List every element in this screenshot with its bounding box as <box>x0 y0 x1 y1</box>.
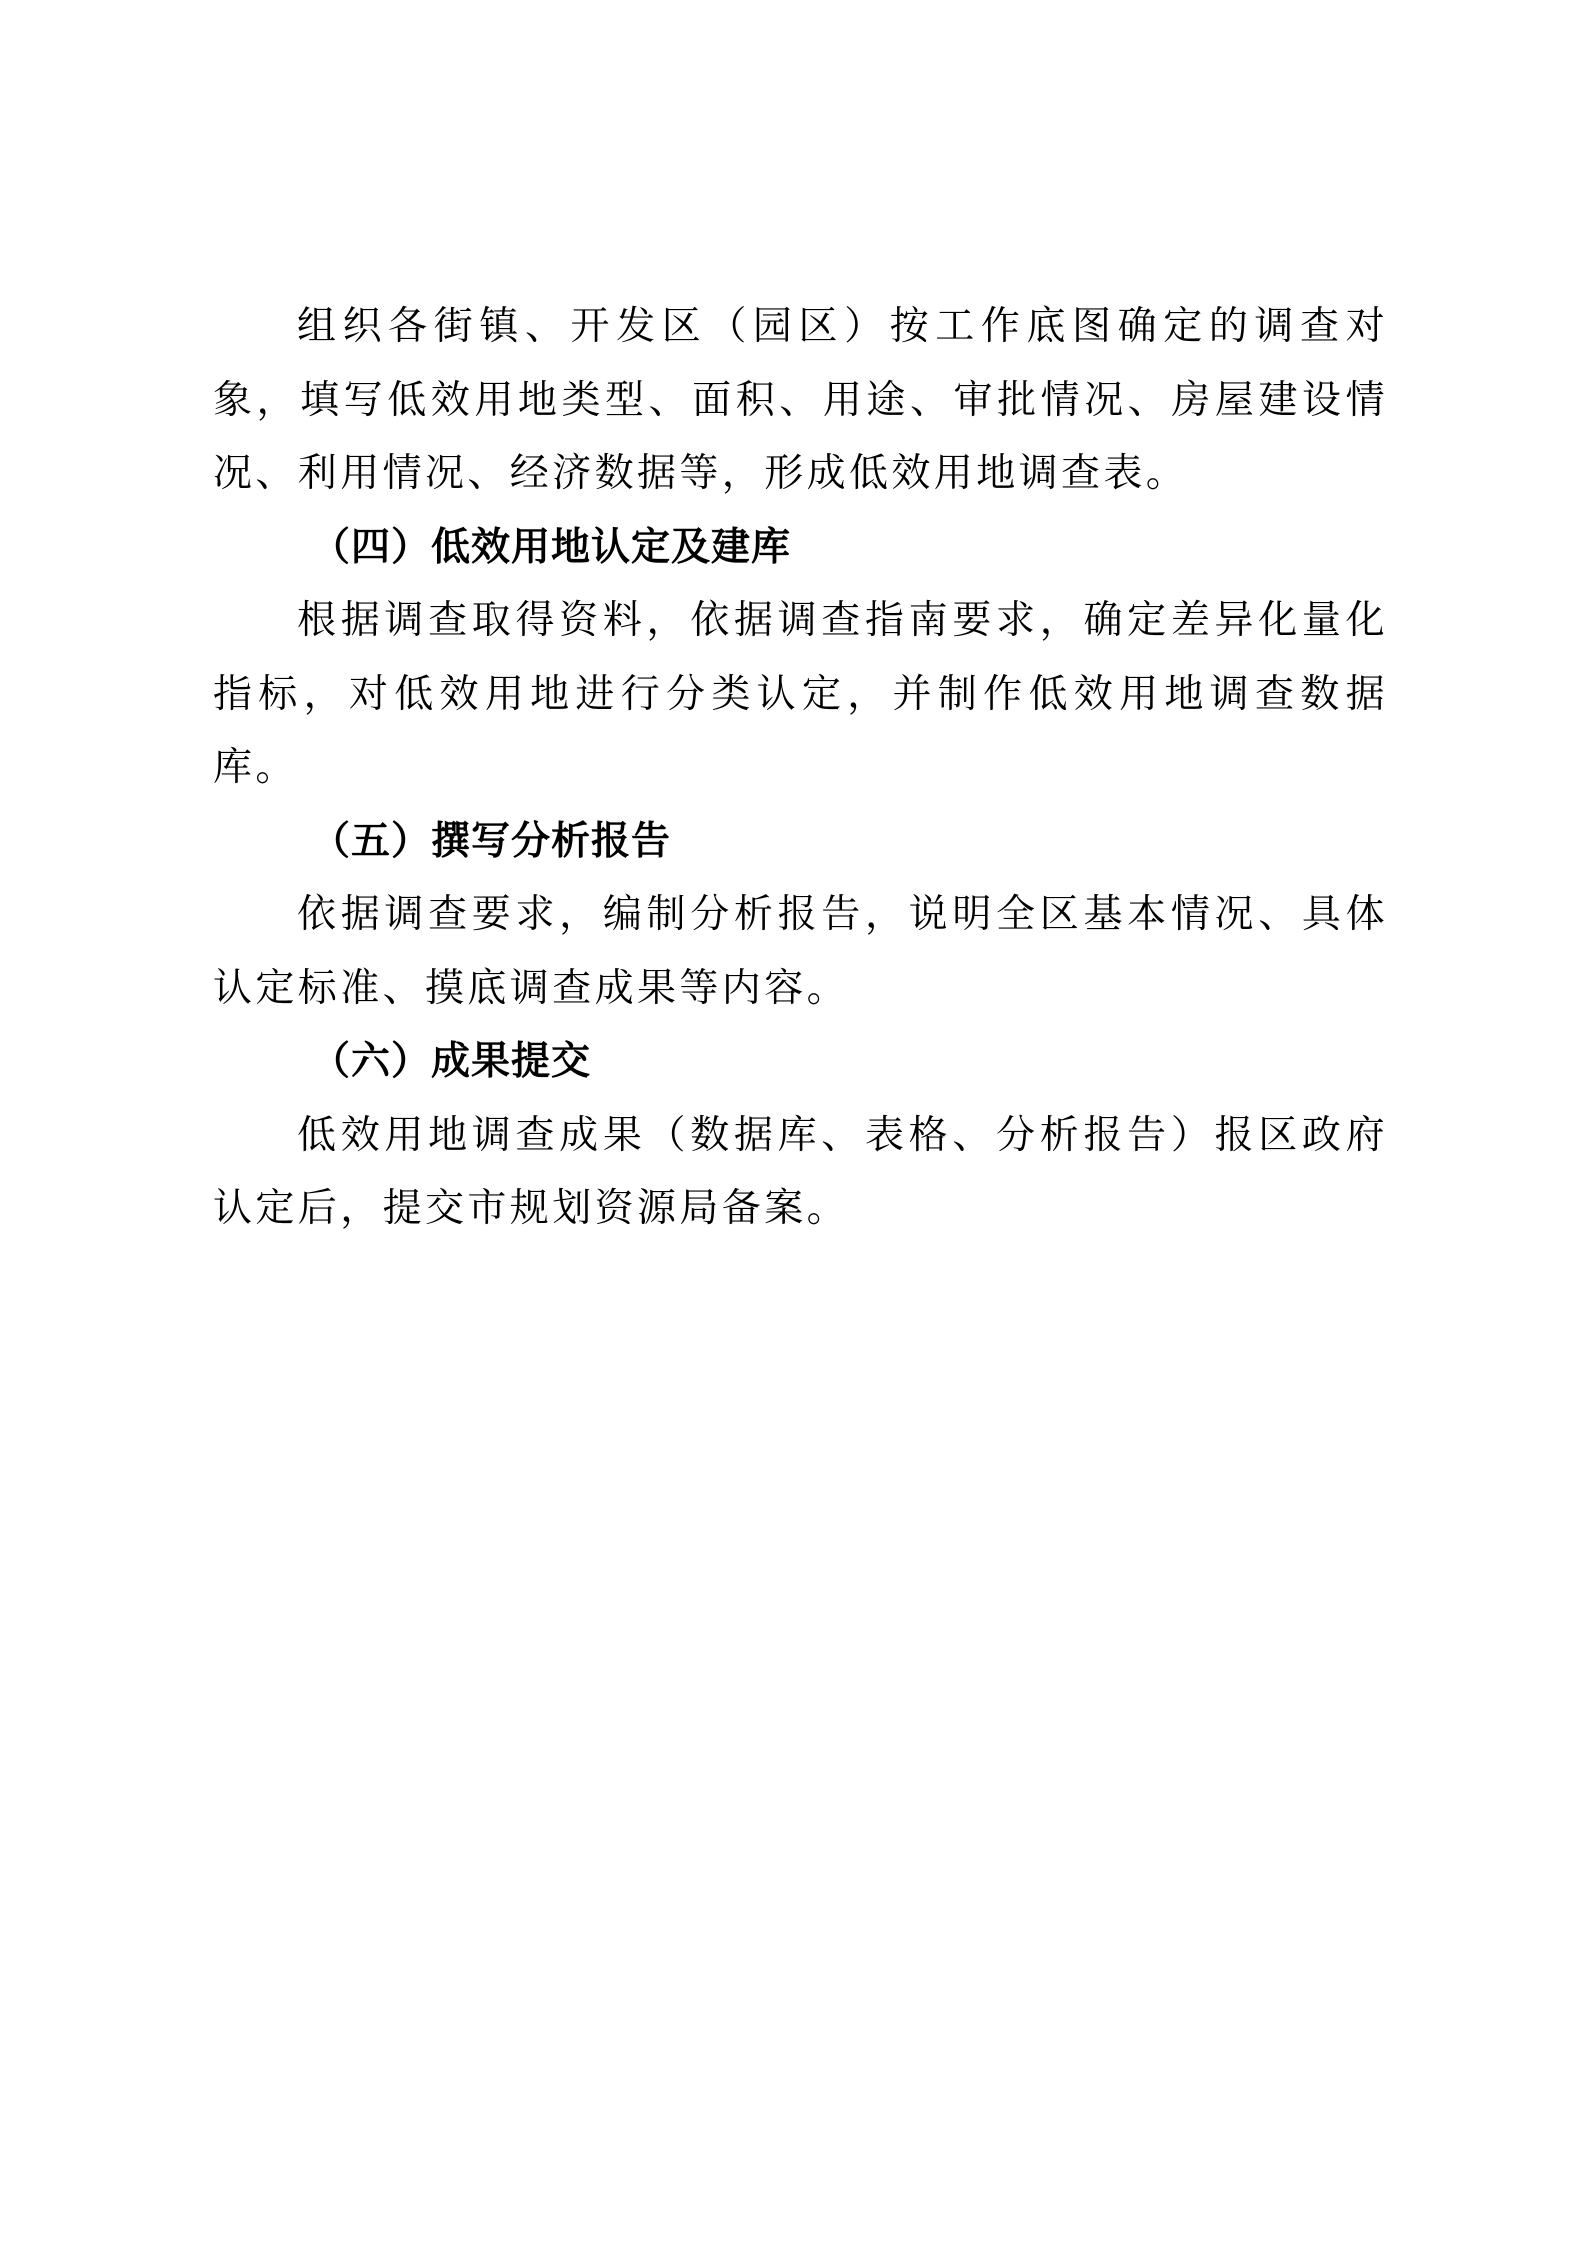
paragraph-results-submission: 低效用地调查成果（数据库、表格、分析报告）报区政府认定后，提交市规划资源局备案。 <box>213 1099 1388 1246</box>
paragraph-analysis-report: 依据调查要求，编制分析报告，说明全区基本情况、具体认定标准、摸底调查成果等内容。 <box>213 878 1388 1025</box>
heading-section-6: （六）成果提交 <box>213 1025 1388 1099</box>
heading-section-4: （四）低效用地认定及建库 <box>213 511 1388 585</box>
paragraph-identification-database: 根据调查取得资料，依据调查指南要求，确定差异化量化指标，对低效用地进行分类认定，… <box>213 584 1388 805</box>
paragraph-survey-table: 组织各街镇、开发区（园区）按工作底图确定的调查对象，填写低效用地类型、面积、用途… <box>213 290 1388 511</box>
heading-section-5: （五）撰写分析报告 <box>213 805 1388 879</box>
document-page: 组织各街镇、开发区（园区）按工作底图确定的调查对象，填写低效用地类型、面积、用途… <box>213 290 1388 1246</box>
